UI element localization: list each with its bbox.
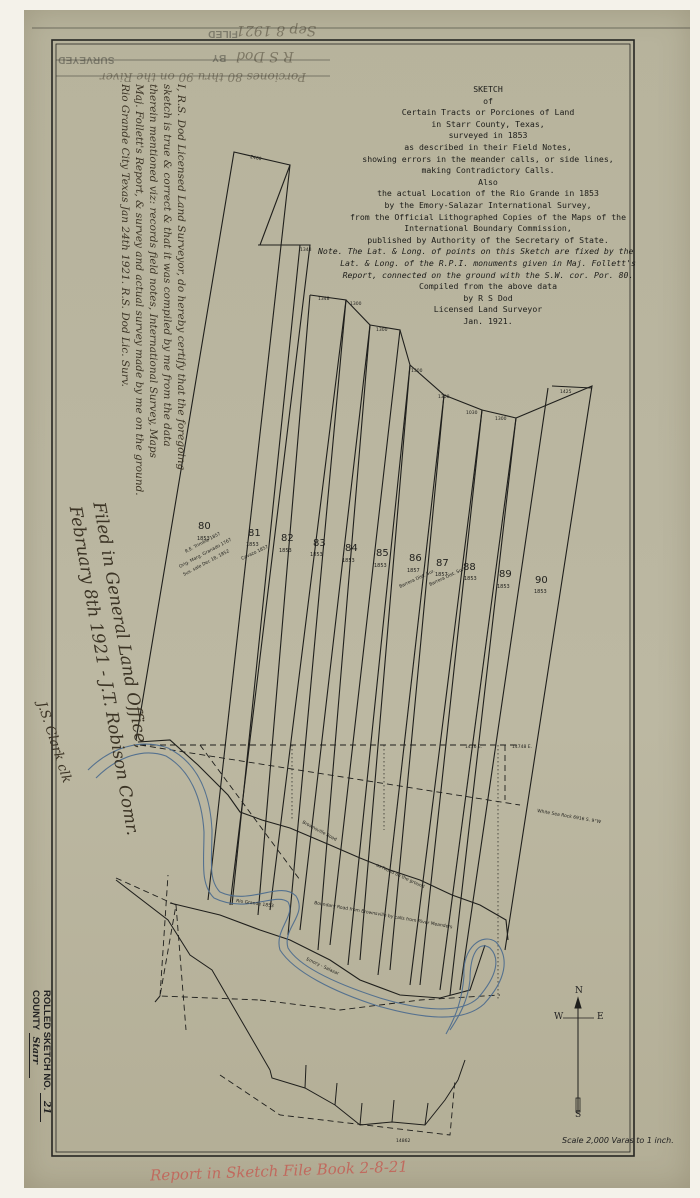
- county-label: COUNTY: [30, 990, 41, 1030]
- rolled-sketch-number: 21: [40, 1093, 52, 1122]
- corner-note: White Sea Rock 6916 S. 9°W: [537, 808, 602, 825]
- county-name: Starr: [29, 1033, 41, 1078]
- certification-line: sketch is true & correct & that it was c…: [160, 84, 174, 464]
- title-line: surveyed in 1853: [318, 130, 658, 142]
- tract-81-year: 1853: [246, 542, 259, 548]
- tract-90-width: 1425: [560, 389, 572, 395]
- title-line: showing errors in the meander calls, or …: [318, 154, 658, 166]
- tract-80-number: 80: [198, 521, 211, 532]
- title-line: the actual Location of the Rio Grande in…: [318, 188, 658, 200]
- tract-82-year: 1853: [279, 548, 292, 554]
- certification-line: I, R.S. Dod Licensed Land Surveyor, do h…: [174, 84, 188, 464]
- tract-87-number: 87: [436, 558, 449, 569]
- tract-88-year: 1853: [464, 576, 477, 582]
- tract-89-year: 1853: [497, 584, 510, 590]
- title-line: International Boundary Commission,: [318, 223, 658, 235]
- title-line: Also: [318, 177, 658, 189]
- compass-north: N: [575, 986, 583, 996]
- tract-84-width: 1300: [376, 327, 388, 333]
- lower-boundary: [116, 880, 465, 1125]
- title-line: as described in their Field Notes,: [318, 142, 658, 154]
- title-footer: Compiled from the above data: [318, 281, 658, 293]
- tract-85-width: 1300: [411, 368, 423, 374]
- compass-rose: [563, 998, 594, 1112]
- compass-east: E: [597, 1012, 604, 1022]
- tract-80-note: R.E. Trimble 1857: [184, 531, 222, 555]
- title-note: Lat. & Long. of the R.P.I. monuments giv…: [318, 258, 658, 270]
- title-line: making Contradictory Calls.: [318, 165, 658, 177]
- found-on-ground-label: as found on the ground: [375, 862, 425, 890]
- brownsville-road: [138, 740, 508, 998]
- compass-west: W: [554, 1012, 563, 1022]
- title-footer: Jan. 1921.: [318, 316, 658, 328]
- tract-81-width: 1348: [300, 247, 312, 253]
- emory-salazar-label: Emory - Salazar: [305, 956, 340, 977]
- tract-89-width: 1300: [495, 416, 507, 422]
- certification-block: I, R.S. Dod Licensed Land Surveyor, do h…: [118, 84, 188, 464]
- tract-82-number: 82: [281, 533, 294, 544]
- tract-83-number: 83: [313, 538, 326, 549]
- title-block: SKETCH of Certain Tracts or Porciones of…: [318, 84, 658, 327]
- map-page: FILED Sep 8 1921 SURVEYED BY R S Dod Por…: [0, 0, 700, 1198]
- scale-label: Scale 2,000 Varas to 1 inch.: [562, 1136, 674, 1145]
- tract-85-number: 85: [376, 548, 389, 559]
- tract-81-number: 81: [248, 528, 261, 539]
- compass-south: S: [575, 1110, 581, 1120]
- title-line: from the Official Lithographed Copies of…: [318, 212, 658, 224]
- title-line: by the Emory-Salazar International Surve…: [318, 200, 658, 212]
- tract-83-year: 1853: [310, 552, 323, 558]
- title-line: SKETCH: [318, 84, 658, 96]
- title-line: published by Authority of the Secretary …: [318, 235, 658, 247]
- tract-86-number: 86: [409, 553, 422, 564]
- rolled-sketch-label: ROLLED SKETCH NO.: [41, 990, 52, 1090]
- title-line: Certain Tracts or Porciones of Land: [318, 107, 658, 119]
- line-label: 14748 E.: [512, 744, 532, 750]
- title-footer: Licensed Land Surveyor: [318, 304, 658, 316]
- line-label: 1416 E.: [465, 744, 482, 750]
- certification-line: Maj. Follett's Report, & survey and actu…: [132, 84, 146, 464]
- road-label: Brownsville Road: [301, 819, 338, 842]
- bottom-distance-label: 14862: [396, 1138, 410, 1144]
- title-line: of: [318, 96, 658, 108]
- tract-90-year: 1853: [534, 589, 547, 595]
- rolled-sketch-stamp: ROLLED SKETCH NO. 21 COUNTY Starr: [30, 990, 52, 1150]
- tract-86-year: 1857: [407, 568, 420, 574]
- certification-line: therein mentioned viz: records field not…: [146, 84, 160, 464]
- tract-80-width: 2460: [250, 154, 263, 162]
- title-note: Note. The Lat. & Long. of points on this…: [318, 246, 658, 258]
- tract-84-number: 84: [345, 543, 358, 554]
- tract-88-width: 1030: [466, 410, 478, 416]
- title-line: in Starr County, Texas,: [318, 119, 658, 131]
- tract-86-width: 1300: [438, 394, 450, 400]
- tract-85-year: 1853: [374, 563, 387, 569]
- tract-90-number: 90: [535, 575, 548, 586]
- certification-line: Rio Grande City Texas Jan 24th 1921. R.S…: [118, 84, 132, 464]
- tract-84-year: 1853: [342, 558, 355, 564]
- title-footer: by R S Dod: [318, 293, 658, 305]
- tract-89-number: 89: [499, 569, 512, 580]
- river-label: Rio Grande 1853: [236, 898, 275, 909]
- title-note: Report, connected on the ground with the…: [318, 270, 658, 282]
